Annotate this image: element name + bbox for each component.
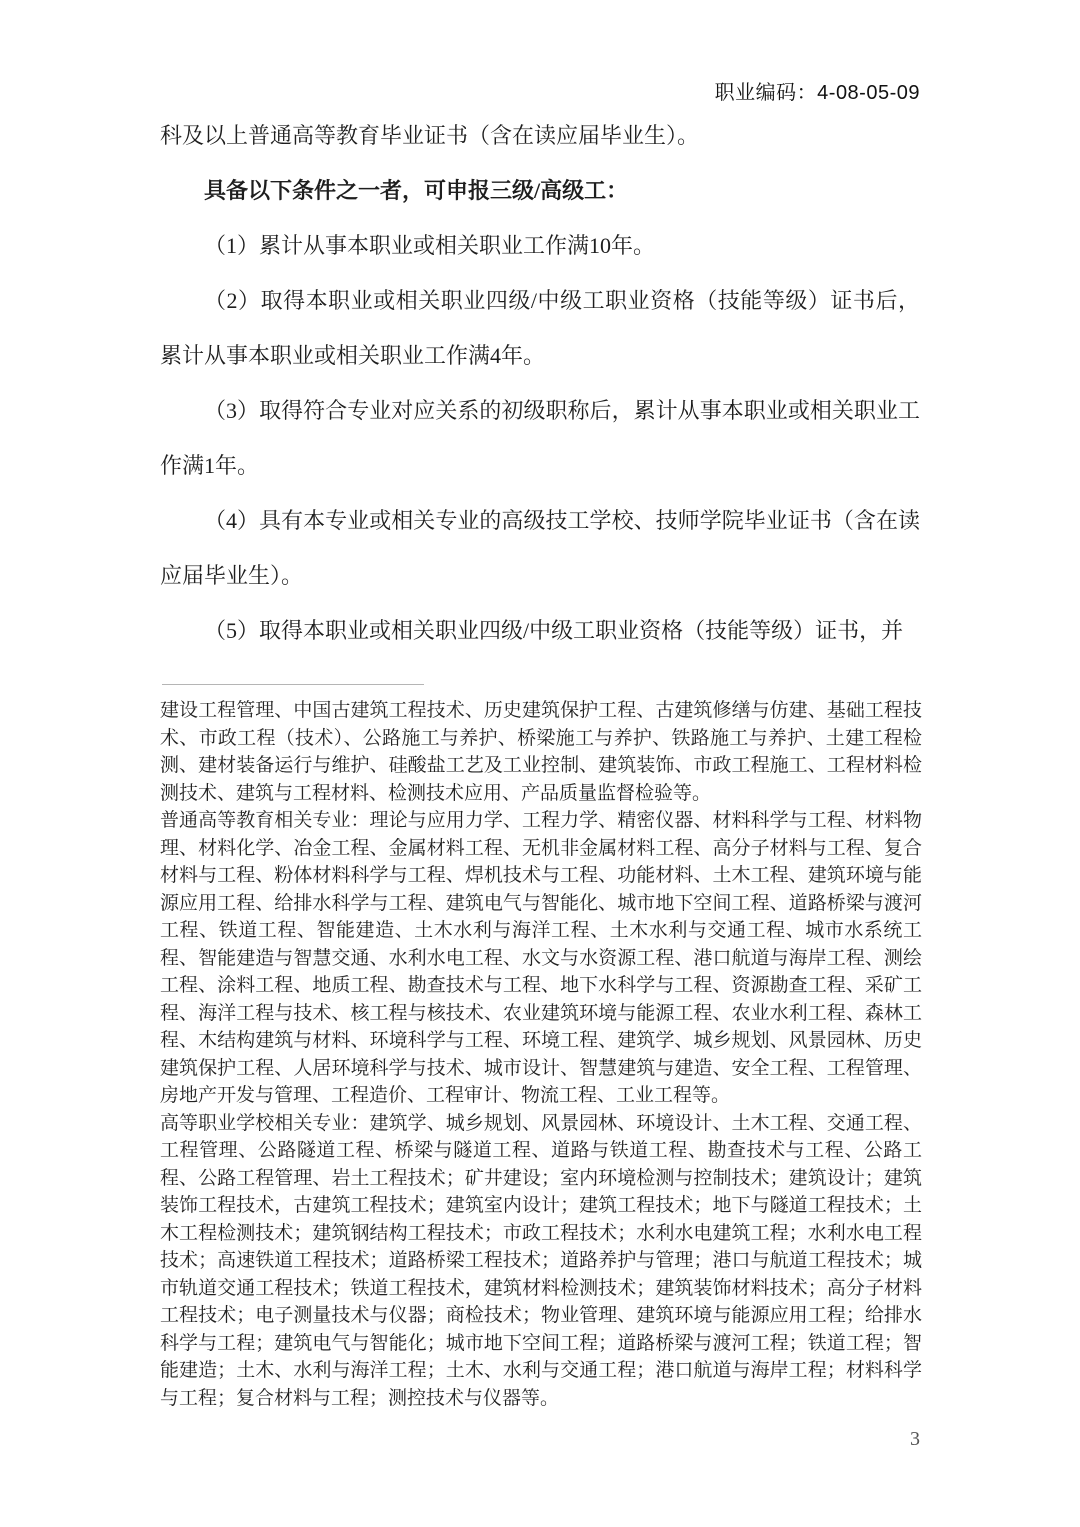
footnote-section: 建设工程管理、中国古建筑工程技术、历史建筑保护工程、古建筑修缮与仿建、基础工程技… bbox=[160, 684, 922, 1412]
footnote-paragraph-vocational-school-majors: 高等职业学校相关专业：建筑学、城乡规划、风景园林、环境设计、土木工程、交通工程、… bbox=[160, 1110, 922, 1413]
section-heading: 具备以下条件之一者，可申报三级/高级工： bbox=[160, 163, 920, 218]
body-paragraph-item-3: （3）取得符合专业对应关系的初级职称后，累计从事本职业或相关职业工作满1年。 bbox=[160, 383, 920, 493]
page-number: 3 bbox=[160, 1428, 920, 1451]
occupation-code: 职业编码：4-08-05-09 bbox=[715, 82, 920, 104]
body-paragraph-item-5: （5）取得本职业或相关职业四级/中级工职业资格（技能等级）证书，并 bbox=[160, 603, 920, 658]
document-body: 科及以上普通高等教育毕业证书（含在读应届毕业生）。 具备以下条件之一者，可申报三… bbox=[160, 108, 920, 658]
footnote-separator bbox=[162, 684, 424, 685]
document-page: 职业编码：4-08-05-09 科及以上普通高等教育毕业证书（含在读应届毕业生）… bbox=[0, 0, 1080, 1527]
footnote-paragraph-related-majors-continuation: 建设工程管理、中国古建筑工程技术、历史建筑保护工程、古建筑修缮与仿建、基础工程技… bbox=[160, 697, 922, 807]
body-paragraph-item-2: （2）取得本职业或相关职业四级/中级工职业资格（技能等级）证书后，累计从事本职业… bbox=[160, 273, 920, 383]
body-paragraph-continuation: 科及以上普通高等教育毕业证书（含在读应届毕业生）。 bbox=[160, 108, 920, 163]
page-header: 职业编码：4-08-05-09 bbox=[160, 76, 920, 105]
footnote-paragraph-higher-education-majors: 普通高等教育相关专业：理论与应用力学、工程力学、精密仪器、材料科学与工程、材料物… bbox=[160, 807, 922, 1110]
body-paragraph-item-4: （4）具有本专业或相关专业的高级技工学校、技师学院毕业证书（含在读应届毕业生）。 bbox=[160, 493, 920, 603]
body-paragraph-item-1: （1）累计从事本职业或相关职业工作满10年。 bbox=[160, 218, 920, 273]
